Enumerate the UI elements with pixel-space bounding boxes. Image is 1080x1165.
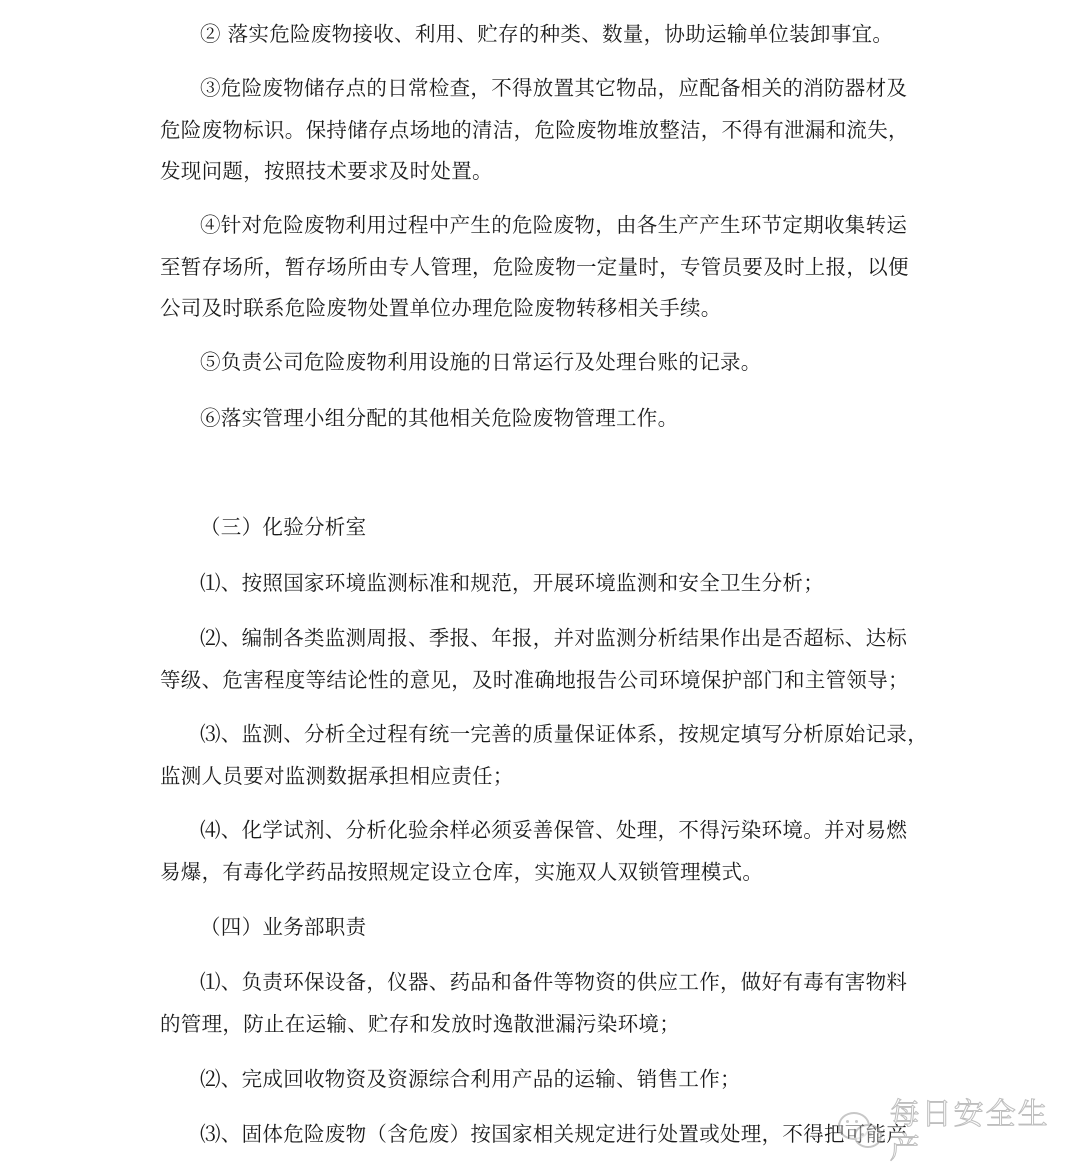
paragraph-line: ⑶、监测、分析全过程有统一完善的质量保证体系，按规定填写分析原始记录，	[200, 720, 970, 748]
paragraph-line: 公司及时联系危险废物处置单位办理危险废物转移相关手续。	[160, 294, 930, 322]
paragraph-line: ⑷、化学试剂、分析化验余样必须妥善保管、处理，不得污染环境。并对易燃	[200, 816, 970, 844]
paragraph-line: ⑤负责公司危险废物利用设施的日常运行及处理台账的记录。	[200, 348, 970, 376]
paragraph-line: ② 落实危险废物接收、利用、贮存的种类、数量，协助运输单位装卸事宜。	[200, 20, 970, 48]
document-page: ② 落实危险废物接收、利用、贮存的种类、数量，协助运输单位装卸事宜。 ③危险废物…	[0, 0, 1080, 1165]
section-heading: （三）化验分析室	[200, 513, 970, 541]
section-heading: （四）业务部职责	[200, 913, 970, 941]
paragraph-line: ⑥落实管理小组分配的其他相关危险废物管理工作。	[200, 404, 970, 432]
paragraph-line: ⑵、完成回收物资及资源综合利用产品的运输、销售工作；	[200, 1065, 970, 1093]
wechat-icon	[838, 1112, 884, 1152]
paragraph-line: 监测人员要对监测数据承担相应责任；	[160, 762, 930, 790]
paragraph-line: 危险废物标识。保持储存点场地的清洁，危险废物堆放整洁，不得有泄漏和流失，	[160, 116, 930, 144]
paragraph-line: 至暂存场所，暂存场所由专人管理，危险废物一定量时，专管员要及时上报，以便	[160, 253, 930, 281]
paragraph-line: ⑴、按照国家环境监测标准和规范，开展环境监测和安全卫生分析；	[200, 569, 970, 597]
paragraph-line: ④针对危险废物利用过程中产生的危险废物，由各生产产生环节定期收集转运	[200, 211, 970, 239]
paragraph-line: ⑴、负责环保设备，仪器、药品和备件等物资的供应工作，做好有毒有害物料	[200, 968, 970, 996]
paragraph-line: 发现问题，按照技术要求及时处置。	[160, 157, 930, 185]
paragraph-line: ③危险废物储存点的日常检查，不得放置其它物品，应配备相关的消防器材及	[200, 74, 970, 102]
watermark-text: 每日安全生产	[890, 1098, 1080, 1165]
paragraph-line: 易爆，有毒化学药品按照规定设立仓库，实施双人双锁管理模式。	[160, 858, 930, 886]
watermark: 每日安全生产	[838, 1098, 1080, 1165]
paragraph-line: 的管理，防止在运输、贮存和发放时逸散泄漏污染环境；	[160, 1010, 930, 1038]
paragraph-line: ⑵、编制各类监测周报、季报、年报，并对监测分析结果作出是否超标、达标	[200, 624, 970, 652]
paragraph-line: 等级、危害程度等结论性的意见，及时准确地报告公司环境保护部门和主管领导；	[160, 666, 930, 694]
